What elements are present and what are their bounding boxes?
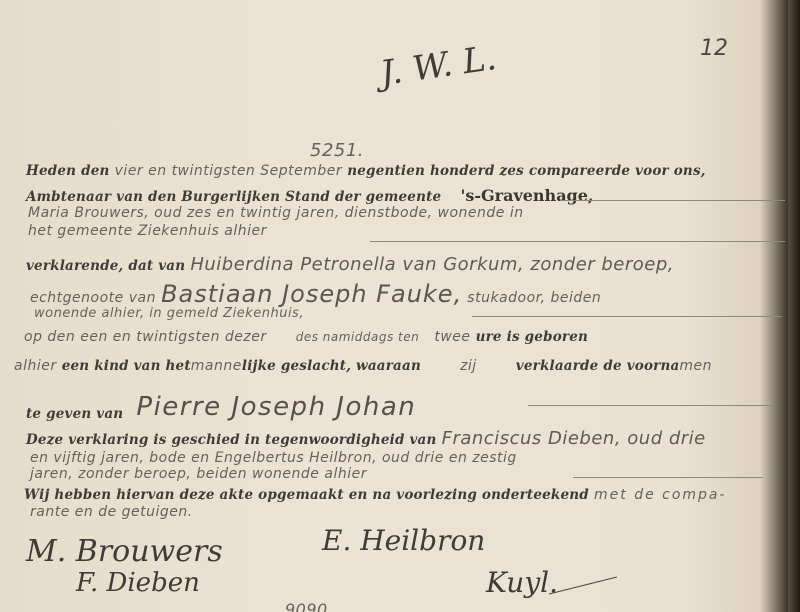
- handwritten-line-13: jaren, zonder beroep, beiden wonende alh…: [30, 466, 367, 482]
- mother-name: Huiberdina Petronella van Gorkum, zonder…: [190, 254, 674, 275]
- handwritten-text: met de compa-: [594, 487, 727, 503]
- handwritten-text: des namiddags ten: [296, 330, 420, 344]
- fill-line: [560, 200, 785, 201]
- handwritten-text: men: [679, 358, 712, 374]
- witness-1: Franciscus Dieben, oud drie: [442, 428, 706, 449]
- fill-line: [370, 241, 785, 242]
- fill-line: [528, 405, 773, 406]
- line-1: Heden den vier en twintigsten September …: [26, 160, 706, 179]
- line-5: verklarende, dat van Huiberdina Petronel…: [26, 254, 674, 275]
- handwritten-line-7: wonende alhier, in gemeld Ziekenhuis,: [34, 306, 304, 321]
- printed-text: Heden den: [26, 163, 110, 179]
- municipality: 's-Gravenhage,: [460, 186, 593, 205]
- next-record-number-fragment: 9090: [285, 600, 328, 612]
- printed-text: Ambtenaar van den Burgerlijken Stand der…: [26, 189, 441, 205]
- line-8: op den een en twintigsten dezer des nami…: [24, 326, 588, 345]
- handwritten-date: vier en twintigsten September: [115, 163, 343, 179]
- line-10: te geven van Pierre Joseph Johan: [26, 392, 416, 422]
- page-number: 12: [700, 36, 728, 61]
- line-14: Wij hebben hiervan deze akte opgemaakt e…: [24, 484, 727, 503]
- handwritten-hour: twee: [434, 329, 470, 345]
- printed-text: te geven van: [26, 406, 123, 422]
- line-2: Ambtenaar van den Burgerlijken Stand der…: [26, 186, 594, 205]
- printed-text: Deze verklaring is geschied in tegenwoor…: [26, 432, 437, 448]
- record-number: 5251.: [310, 140, 364, 161]
- printed-text: verklarende, dat van: [26, 258, 185, 274]
- line-6: echtgenoote van Bastiaan Joseph Fauke, s…: [30, 280, 601, 308]
- printed-text: verklaarde de voorna: [516, 358, 680, 374]
- handwritten-text: manne: [191, 358, 242, 374]
- child-name: Pierre Joseph Johan: [136, 392, 416, 422]
- fill-line: [573, 477, 763, 478]
- handwritten-text: echtgenoote van: [30, 290, 156, 306]
- signature-dieben: F. Dieben: [76, 568, 200, 598]
- line-11: Deze verklaring is geschied in tegenwoor…: [26, 428, 706, 449]
- handwritten-line-4: het gemeente Ziekenhuis alhier: [28, 223, 267, 239]
- line-9: alhier een kind van hetmannelijke geslac…: [14, 355, 712, 374]
- printed-text: negentien honderd zes compareerde voor o…: [347, 163, 705, 179]
- signature-official: Kuyl.: [486, 566, 558, 599]
- handwritten-text: alhier: [14, 358, 57, 374]
- top-initials: J. W. L.: [378, 38, 499, 94]
- handwritten-text: zij: [460, 358, 477, 374]
- register-page: 12 J. W. L. 5251. Heden den vier en twin…: [0, 0, 800, 612]
- printed-text: Wij hebben hiervan deze akte opgemaakt e…: [24, 487, 589, 503]
- book-spine: [788, 0, 800, 612]
- printed-text: een kind van het: [62, 358, 191, 374]
- handwritten-line-3: Maria Brouwers, oud zes en twintig jaren…: [28, 205, 524, 221]
- printed-text: ure is geboren: [476, 329, 588, 345]
- printed-text: lijke geslacht, waaraan: [242, 358, 421, 374]
- signature-heilbron: E. Heilbron: [322, 524, 485, 557]
- fill-line: [472, 316, 782, 317]
- signature-flourish: [549, 577, 617, 595]
- signature-brouwers: M. Brouwers: [26, 534, 223, 569]
- father-name: Bastiaan Joseph Fauke,: [161, 280, 462, 308]
- handwritten-text: stukadoor, beiden: [467, 290, 601, 306]
- handwritten-line-15: rante en de getuigen.: [30, 504, 193, 520]
- handwritten-text: op den een en twintigsten dezer: [24, 329, 267, 345]
- handwritten-line-12: en vijftig jaren, bode en Engelbertus He…: [30, 450, 517, 466]
